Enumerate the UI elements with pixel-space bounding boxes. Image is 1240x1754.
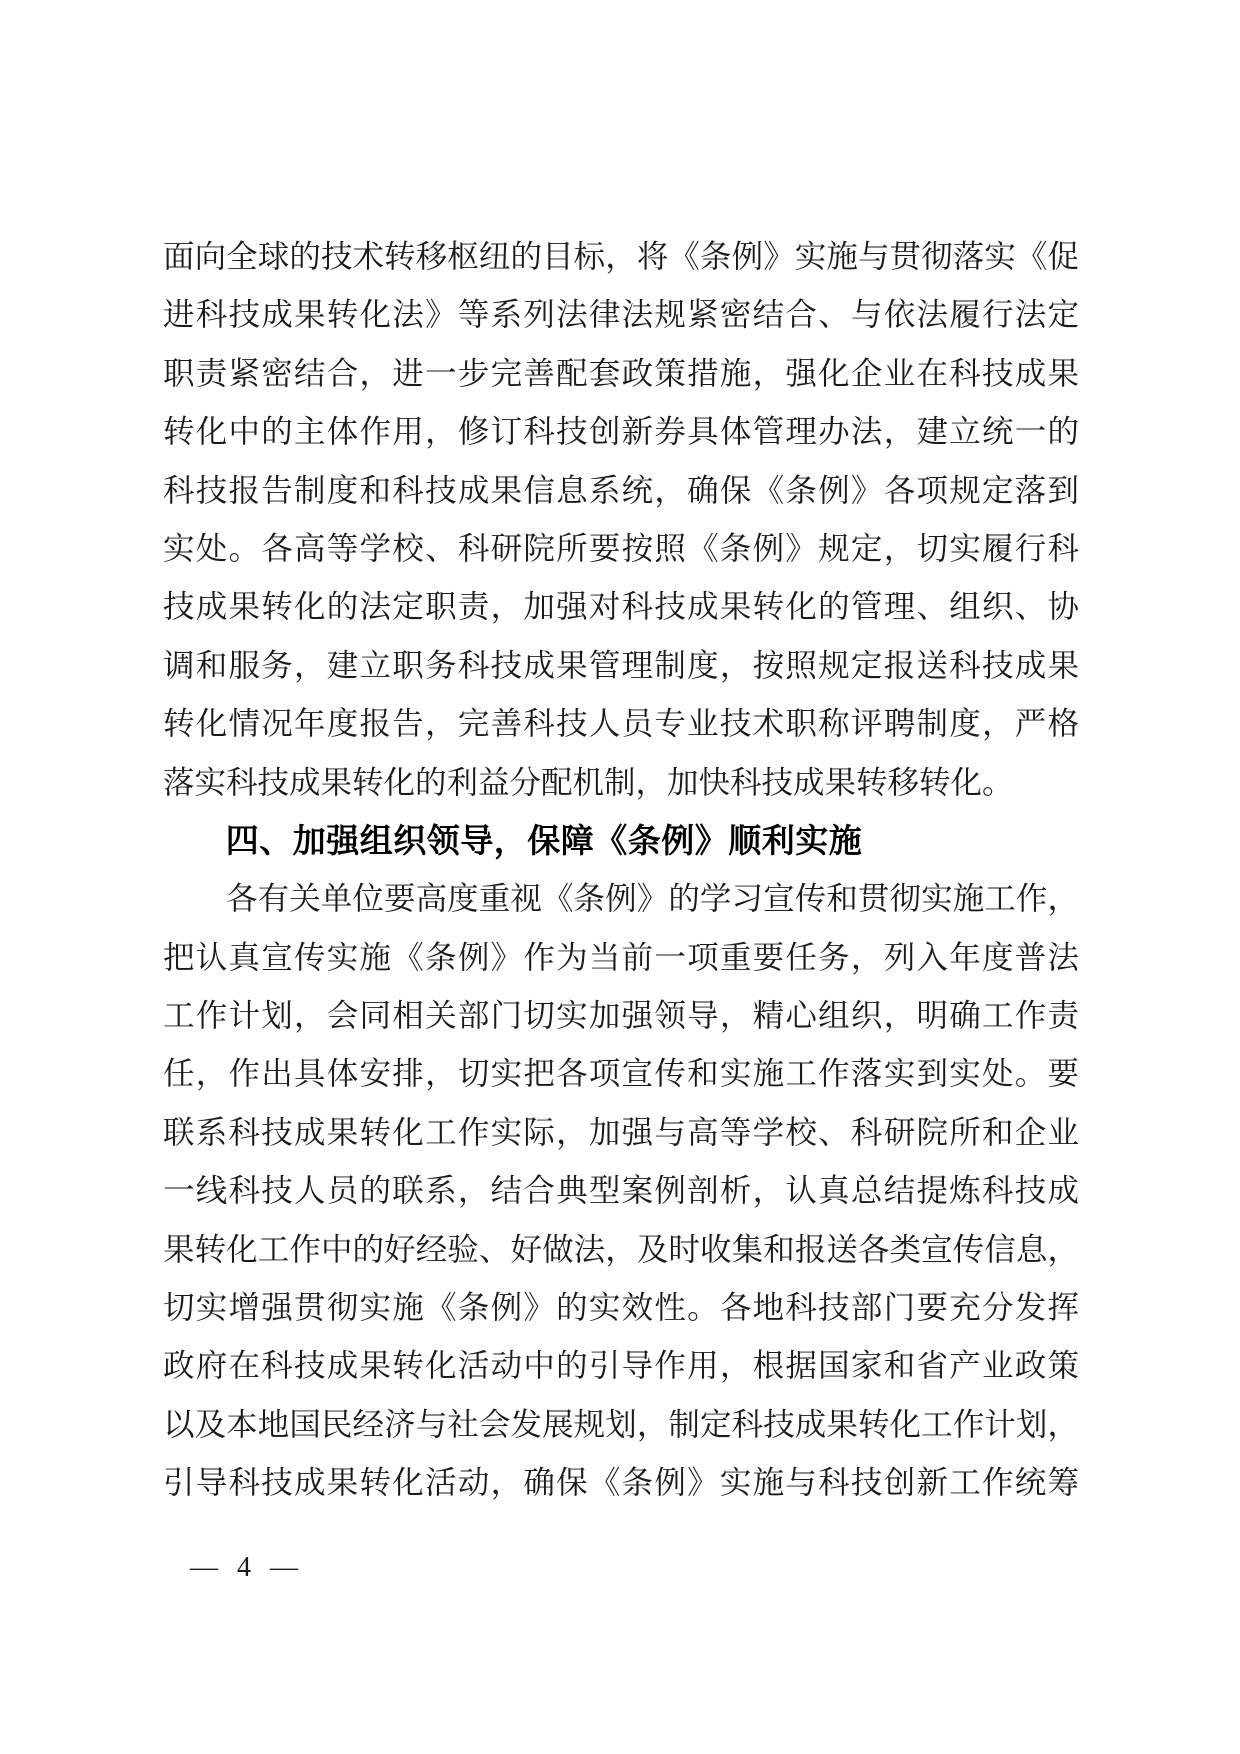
page-number: — 4 —: [190, 1552, 304, 1583]
paragraph-1: 面向全球的技术转移枢纽的目标，将《条例》实施与贯彻落实《促 进科技成果转化法》等…: [163, 228, 1079, 812]
text-line: 技成果转化的法定职责，加强对科技成果转化的管理、组织、协: [163, 578, 1079, 636]
text-line: 转化情况年度报告，完善科技人员专业技术职称评聘制度，严格: [163, 695, 1079, 753]
text-line: 面向全球的技术转移枢纽的目标，将《条例》实施与贯彻落实《促: [163, 228, 1079, 286]
text-line: 联系科技成果转化工作实际，加强与高等学校、科研院所和企业: [163, 1104, 1079, 1162]
text-line: 政府在科技成果转化活动中的引导作用，根据国家和省产业政策: [163, 1337, 1079, 1395]
text-line: 转化中的主体作用，修订科技创新券具体管理办法，建立统一的: [163, 403, 1079, 461]
text-line: 切实增强贯彻实施《条例》的实效性。各地科技部门要充分发挥: [163, 1279, 1079, 1337]
text-line: 一线科技人员的联系，结合典型案例剖析，认真总结提炼科技成: [163, 1162, 1079, 1220]
text-line: 以及本地国民经济与社会发展规划，制定科技成果转化工作计划，: [163, 1396, 1079, 1454]
text-line: 引导科技成果转化活动，确保《条例》实施与科技创新工作统筹: [163, 1454, 1079, 1512]
text-line: 科技报告制度和科技成果信息系统，确保《条例》各项规定落到: [163, 462, 1079, 520]
text-line: 调和服务，建立职务科技成果管理制度，按照规定报送科技成果: [163, 637, 1079, 695]
text-line: 落实科技成果转化的利益分配机制，加快科技成果转移转化。: [163, 754, 1079, 812]
page-footer: — 4 —: [190, 1548, 304, 1588]
text-line: 任，作出具体安排，切实把各项宣传和实施工作落实到实处。要: [163, 1045, 1079, 1103]
text-line: 工作计划，会同相关部门切实加强领导，精心组织，明确工作责: [163, 987, 1079, 1045]
document-body: 面向全球的技术转移枢纽的目标，将《条例》实施与贯彻落实《促 进科技成果转化法》等…: [163, 228, 1079, 1513]
paragraph-2: 各有关单位要高度重视《条例》的学习宣传和贯彻实施工作， 把认真宣传实施《条例》作…: [163, 870, 1079, 1512]
text-line: 果转化工作中的好经验、好做法，及时收集和报送各类宣传信息，: [163, 1221, 1079, 1279]
text-line: 各有关单位要高度重视《条例》的学习宣传和贯彻实施工作，: [163, 870, 1079, 928]
section-heading: 四、加强组织领导，保障《条例》顺利实施: [163, 812, 1079, 870]
text-line: 把认真宣传实施《条例》作为当前一项重要任务，列入年度普法: [163, 929, 1079, 987]
document-page: 面向全球的技术转移枢纽的目标，将《条例》实施与贯彻落实《促 进科技成果转化法》等…: [0, 0, 1240, 1754]
text-line: 职责紧密结合，进一步完善配套政策措施，强化企业在科技成果: [163, 345, 1079, 403]
text-line: 进科技成果转化法》等系列法律法规紧密结合、与依法履行法定: [163, 286, 1079, 344]
text-line: 实处。各高等学校、科研院所要按照《条例》规定，切实履行科: [163, 520, 1079, 578]
